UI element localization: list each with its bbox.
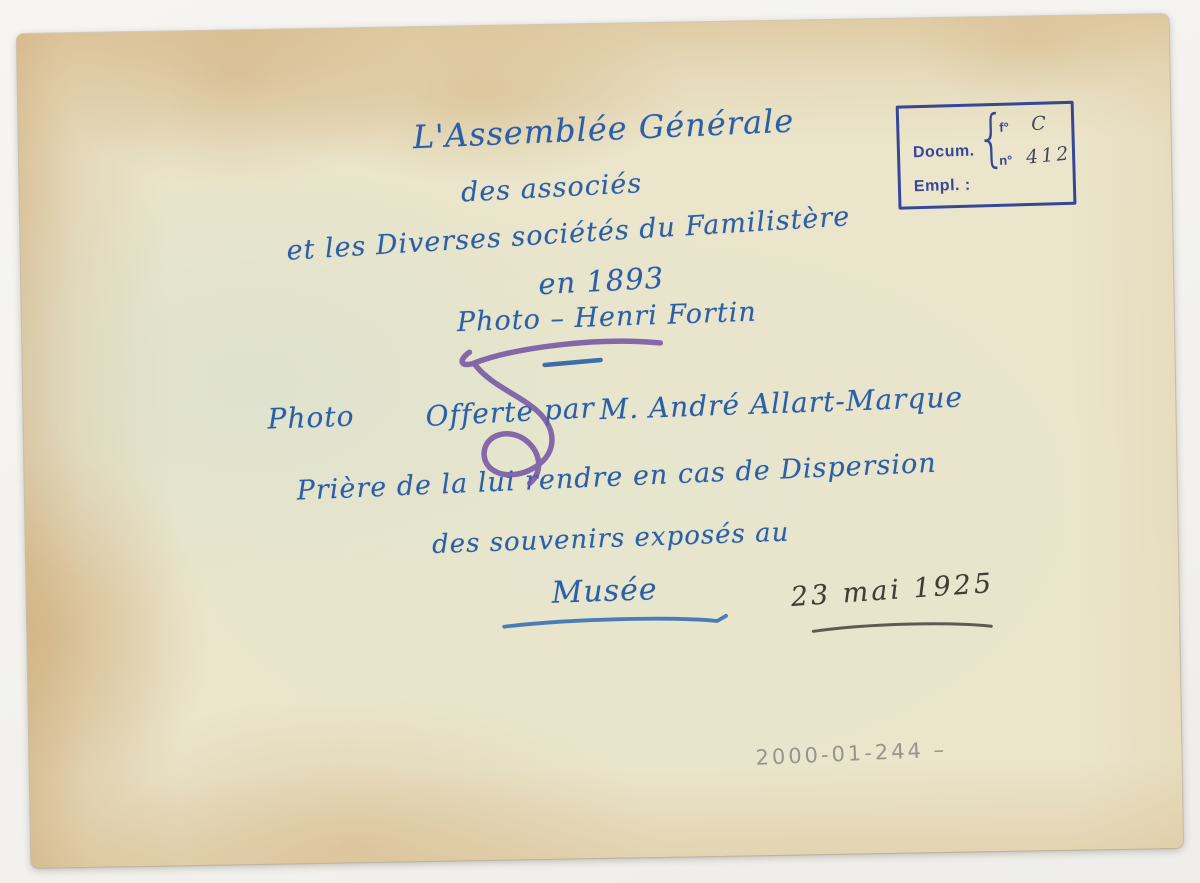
gift-word-offerte: Offerte par [425, 391, 596, 433]
musee-underline [504, 616, 726, 627]
inscription-line-musee: Musée [551, 572, 658, 611]
stamp-folio-value-handwritten: C [1031, 113, 1046, 135]
inscription-line-associes: des associés [460, 168, 643, 208]
inscription-line-priere: Prière de la lui rendre en cas de Disper… [296, 448, 937, 507]
stamp-docum-label: Docum. [913, 143, 975, 163]
stamp-empl-label: Empl. : [914, 177, 971, 197]
gift-donor-name: M. André Allart-Marque [599, 380, 964, 426]
inscription-line-annee: en 1893 [537, 261, 664, 302]
inscription-line-photo-credit: Photo – Henri Fortin [456, 297, 757, 338]
blue-ink-dash [545, 360, 601, 365]
date-underline [813, 623, 991, 632]
inscription-line-societes: et les Diverses sociétés du Familistère [286, 201, 851, 266]
stamp-folio-label: f° [999, 120, 1009, 135]
stamp-numero-label: n° [999, 152, 1013, 167]
archival-stamp-box: Docum. { f° C n° 412 Empl. : [896, 101, 1077, 210]
photograph-verso-paper: L'Assemblée Générale des associés et les… [17, 14, 1183, 868]
gift-word-photo: Photo [267, 400, 355, 436]
inscription-date: 23 mai 1925 [790, 568, 995, 613]
inscription-line-souvenirs: des souvenirs exposés au [432, 518, 790, 560]
inscription-line-assemblee: L'Assemblée Générale [412, 102, 795, 157]
inscription-line-gift: Photo Offerte par M. André Allart-Marque [23, 386, 1175, 406]
inventory-number-pencil: 2000-01-244 – [755, 737, 947, 769]
stamp-numero-value-handwritten: 412 [1025, 142, 1072, 168]
